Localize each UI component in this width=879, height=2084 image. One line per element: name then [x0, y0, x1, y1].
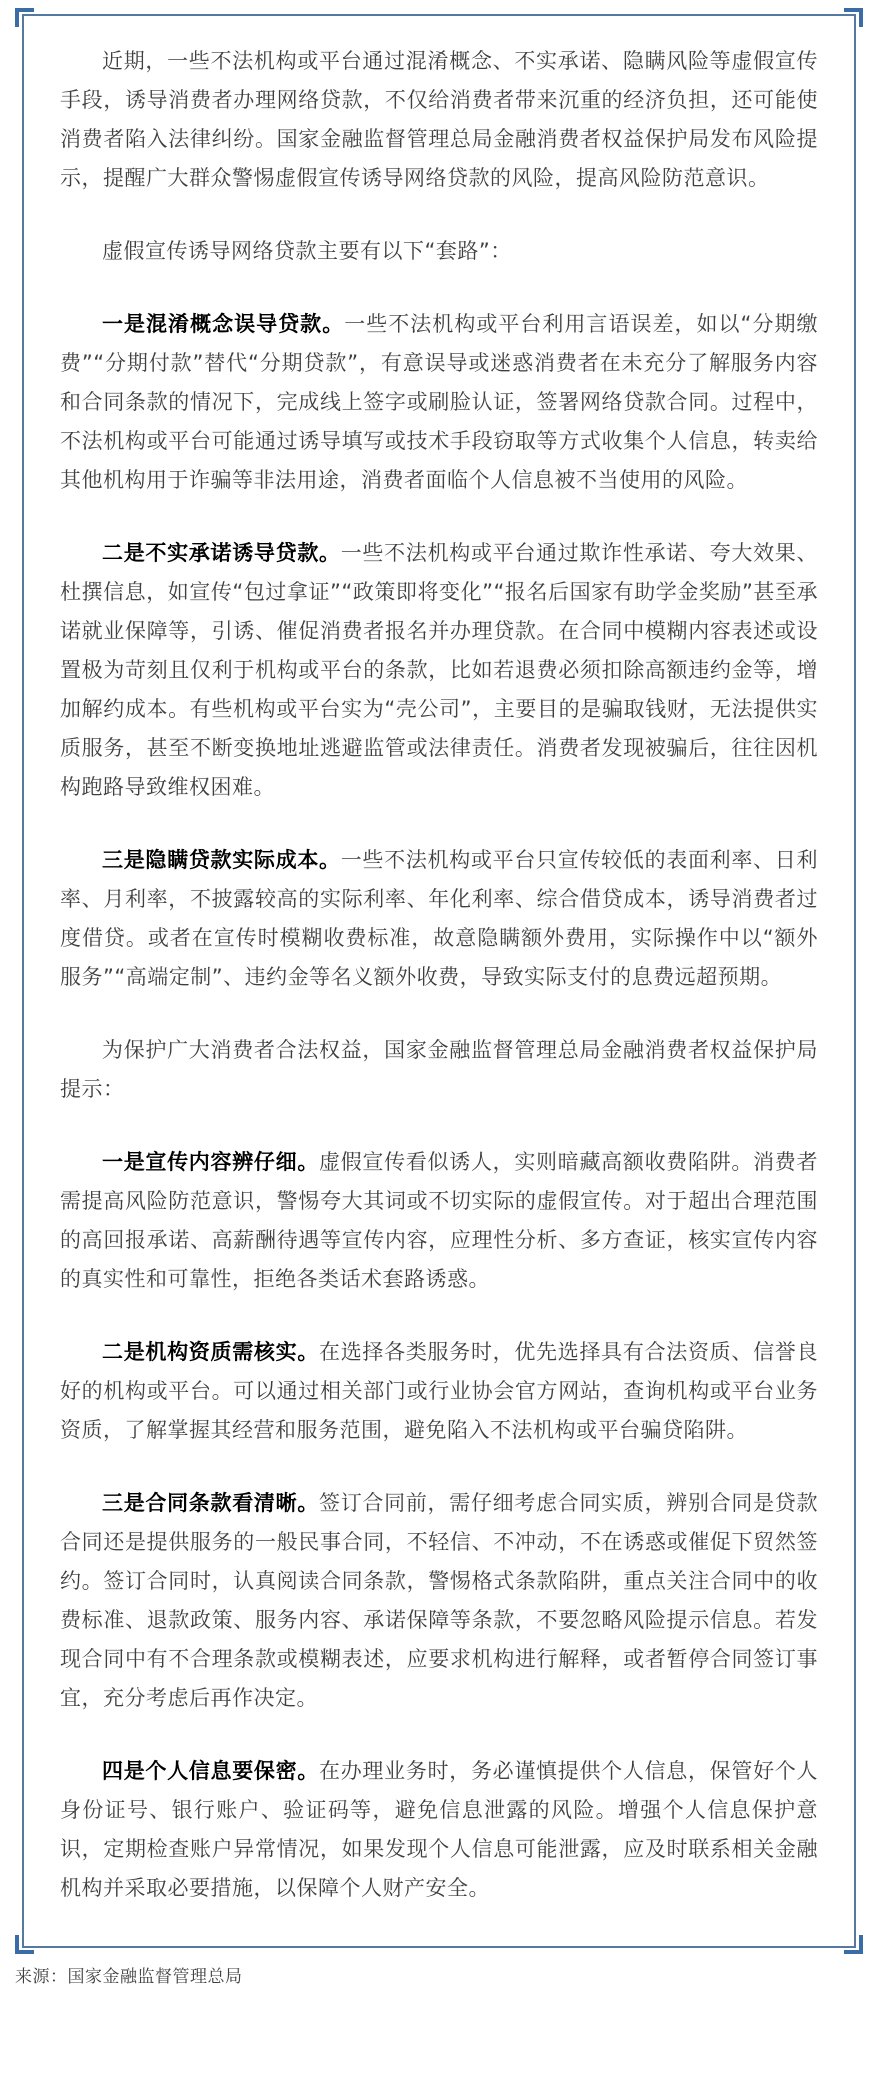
paragraph-tip-1: 一是宣传内容辨仔细。虚假宣传看似诱人，实则暗藏高额收费陷阱。消费者需提高风险防范… — [60, 1143, 818, 1299]
corner-bracket-bottom-left-icon — [15, 1935, 34, 1954]
article-frame: 近期，一些不法机构或平台通过混淆概念、不实承诺、隐瞒风险等虚假宣传手段，诱导消费… — [22, 14, 856, 1948]
paragraph-routine-1: 一是混淆概念误导贷款。一些不法机构或平台利用言语误差，如以“分期缴费”“分期付款… — [60, 305, 818, 500]
paragraph-lead: 三是合同条款看清晰。 — [102, 1491, 319, 1515]
paragraph-lead: 二是机构资质需核实。 — [102, 1340, 319, 1364]
paragraph-intro: 近期，一些不法机构或平台通过混淆概念、不实承诺、隐瞒风险等虚假宣传手段，诱导消费… — [60, 42, 818, 198]
paragraph-routines-heading: 虚假宣传诱导网络贷款主要有以下“套路”： — [60, 232, 818, 271]
source-caption: 来源：国家金融监督管理总局 — [15, 1962, 879, 1997]
paragraph-lead: 三是隐瞒贷款实际成本。 — [102, 848, 341, 872]
paragraph-text: 签订合同前，需仔细考虑合同实质，辨别合同是贷款合同还是提供服务的一般民事合同，不… — [60, 1491, 818, 1710]
paragraph-tip-2: 二是机构资质需核实。在选择各类服务时，优先选择具有合法资质、信誉良好的机构或平台… — [60, 1333, 818, 1450]
paragraph-lead: 二是不实承诺诱导贷款。 — [102, 541, 341, 565]
paragraph-tip-3: 三是合同条款看清晰。签订合同前，需仔细考虑合同实质，辨别合同是贷款合同还是提供服… — [60, 1484, 818, 1718]
article-page: 近期，一些不法机构或平台通过混淆概念、不实承诺、隐瞒风险等虚假宣传手段，诱导消费… — [0, 14, 879, 2084]
paragraph-lead: 四是个人信息要保密。 — [102, 1759, 319, 1783]
paragraph-text: 虚假宣传诱导网络贷款主要有以下“套路”： — [102, 239, 512, 263]
paragraph-lead: 一是宣传内容辨仔细。 — [102, 1150, 319, 1174]
paragraph-lead: 一是混淆概念误导贷款。 — [102, 312, 344, 336]
paragraph-routine-2: 二是不实承诺诱导贷款。一些不法机构或平台通过欺诈性承诺、夸大效果、杜撰信息，如宣… — [60, 534, 818, 807]
paragraph-text: 近期，一些不法机构或平台通过混淆概念、不实承诺、隐瞒风险等虚假宣传手段，诱导消费… — [60, 49, 818, 190]
paragraph-text: 一些不法机构或平台通过欺诈性承诺、夸大效果、杜撰信息，如宣传“包过拿证”“政策即… — [60, 541, 818, 799]
paragraph-tip-4: 四是个人信息要保密。在办理业务时，务必谨慎提供个人信息，保管好个人身份证号、银行… — [60, 1752, 818, 1908]
paragraph-tips-heading: 为保护广大消费者合法权益，国家金融监督管理总局金融消费者权益保护局提示： — [60, 1031, 818, 1109]
paragraph-routine-3: 三是隐瞒贷款实际成本。一些不法机构或平台只宣传较低的表面利率、日利率、月利率，不… — [60, 841, 818, 997]
corner-bracket-top-right-icon — [844, 8, 863, 27]
paragraph-text: 为保护广大消费者合法权益，国家金融监督管理总局金融消费者权益保护局提示： — [60, 1038, 818, 1101]
corner-bracket-bottom-right-icon — [844, 1935, 863, 1954]
paragraph-text: 一些不法机构或平台利用言语误差，如以“分期缴费”“分期付款”替代“分期贷款”，有… — [60, 312, 818, 492]
corner-bracket-top-left-icon — [15, 8, 34, 27]
